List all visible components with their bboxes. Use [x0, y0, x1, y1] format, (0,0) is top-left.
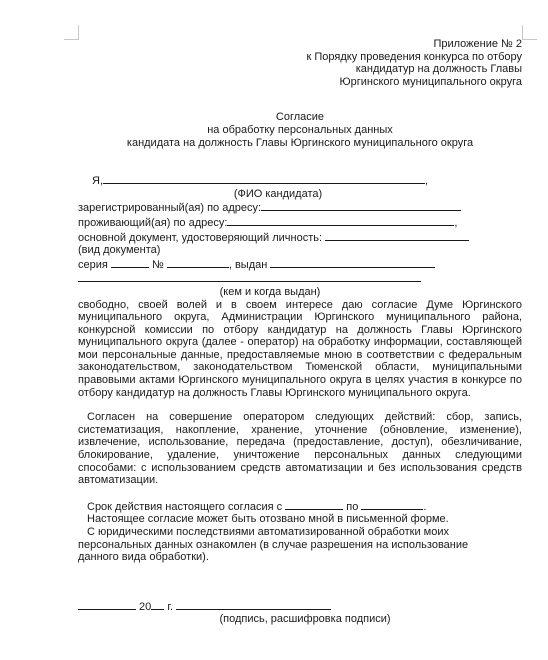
year-field[interactable]: [151, 599, 164, 610]
title-line: Согласие: [78, 111, 522, 124]
appendix-line: кандидатур на должность Главы: [78, 63, 522, 76]
consequences-line: данного вида обработки).: [78, 551, 522, 564]
term-suffix: .: [423, 501, 426, 513]
document-label: основной документ, удостоверяющий личнос…: [78, 232, 325, 244]
issued-row: [78, 271, 522, 286]
series-field[interactable]: [111, 257, 149, 268]
issued-by-continuation-field[interactable]: [78, 271, 421, 282]
consent-paragraph: свободно, своей волей и в своем интересе…: [78, 299, 522, 400]
signature-field[interactable]: [176, 599, 331, 610]
signature-date-field[interactable]: [78, 599, 136, 610]
consequences-line: С юридическими последствиями автоматизир…: [78, 526, 522, 539]
series-label: серия: [78, 259, 111, 271]
fio-suffix: ,: [425, 175, 428, 187]
appendix-line: к Порядку проведения конкурса по отбору: [78, 51, 522, 64]
issued-label: , выдан: [229, 259, 271, 271]
living-label: проживающий(ая) по адресу:: [78, 217, 227, 229]
living-suffix: ,: [454, 217, 457, 229]
fio-caption: (ФИО кандидата): [78, 188, 522, 201]
number-label: №: [149, 259, 167, 271]
term-prefix: Срок действия настоящего согласия с: [87, 501, 285, 513]
title-line: кандидата на должность Главы Юргинского …: [78, 137, 522, 150]
document-caption: (вид документа): [78, 244, 522, 257]
living-address-field[interactable]: [227, 215, 454, 226]
document-title: Согласие на обработку персональных данны…: [78, 111, 522, 149]
title-line: на обработку персональных данных: [78, 124, 522, 137]
issued-by-field[interactable]: [270, 257, 435, 268]
fio-row: Я,,: [78, 173, 522, 188]
term-end-field[interactable]: [361, 499, 423, 510]
revocation-text: Настоящее согласие может быть отозвано м…: [78, 513, 522, 526]
term-row: Срок действия настоящего согласия с по .: [78, 499, 522, 514]
page-corner-mark-top-left: [64, 25, 79, 40]
document-page: Приложение № 2 к Порядку проведения конк…: [78, 38, 522, 626]
signature-caption: (подпись, расшифровка подписи): [78, 613, 522, 626]
issued-caption: (кем и когда выдан): [78, 286, 522, 299]
series-row: серия № , выдан: [78, 257, 522, 272]
fio-field[interactable]: [103, 173, 425, 184]
term-middle: по: [343, 501, 361, 513]
number-field[interactable]: [167, 257, 229, 268]
fio-prefix: Я,: [92, 175, 103, 187]
registered-label: зарегистрированный(ая) по адресу:: [78, 202, 261, 214]
consent-form: Я,, (ФИО кандидата) зарегистрированный(а…: [78, 173, 522, 298]
registered-row: зарегистрированный(ая) по адресу:: [78, 200, 522, 215]
term-start-field[interactable]: [285, 499, 343, 510]
consequences-line: персональных данных ознакомлен (в случае…: [78, 539, 522, 552]
registered-address-field[interactable]: [261, 200, 461, 211]
year-prefix: 20: [136, 601, 151, 613]
actions-paragraph: Согласен на совершение оператором следую…: [78, 411, 522, 487]
year-suffix: г.: [164, 601, 176, 613]
appendix-number: Приложение № 2: [78, 38, 522, 51]
document-type-field[interactable]: [325, 230, 469, 241]
signature-row: 20 г.: [78, 599, 522, 614]
document-row: основной документ, удостоверяющий личнос…: [78, 230, 522, 245]
living-row: проживающий(ая) по адресу:,: [78, 215, 522, 230]
appendix-line: Юргинского муниципального округа: [78, 76, 522, 89]
appendix-header: Приложение № 2 к Порядку проведения конк…: [78, 38, 522, 88]
page-corner-mark-top-right: [522, 25, 537, 40]
